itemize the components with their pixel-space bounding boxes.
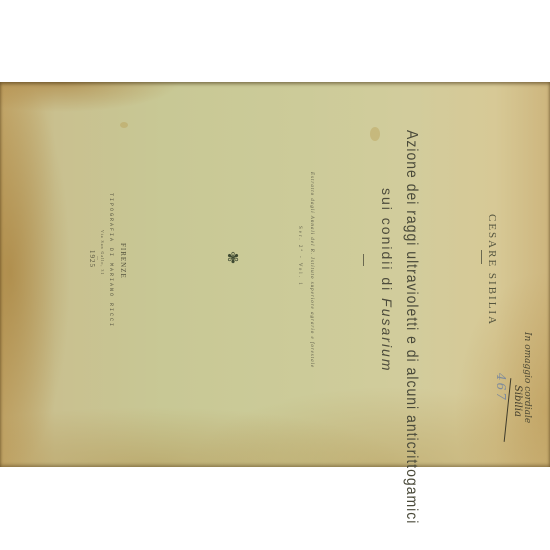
subtitle-text: sui conidii di <box>379 188 395 298</box>
document-title: Azione dei raggi ultravioletti e di alcu… <box>404 130 422 524</box>
author-rule <box>481 250 482 264</box>
foxing-spot <box>120 122 128 128</box>
imprint-address: Via San Gallo, 31 <box>100 230 105 275</box>
title-rule <box>363 254 364 266</box>
document-subtitle: sui conidii di Fusarium <box>379 188 395 373</box>
pencil-inventory-number: 467 <box>494 373 508 402</box>
imprint-separator: — <box>96 256 101 260</box>
imprint-city: FIRENZE <box>119 243 127 279</box>
printer-ornament-icon: ✾ <box>226 251 240 265</box>
imprint-printer: TIPOGRAFIA DI MARIANO RICCI <box>108 193 114 328</box>
handwritten-dedication: In omaggio cordiale <box>522 332 532 423</box>
extract-note: Estratto dagli Annali del R. Istituto su… <box>309 172 314 368</box>
subtitle-genus: Fusarium <box>379 298 395 372</box>
author-name: CESARE SIBILIA <box>486 214 498 326</box>
series-volume: Ser. 2ª - Vol. 1 <box>297 226 302 287</box>
document-page <box>0 82 550 467</box>
handwritten-signature: Sibilia <box>512 385 523 417</box>
imprint-year: 1925 <box>88 250 96 268</box>
foxing-spot <box>370 127 380 141</box>
